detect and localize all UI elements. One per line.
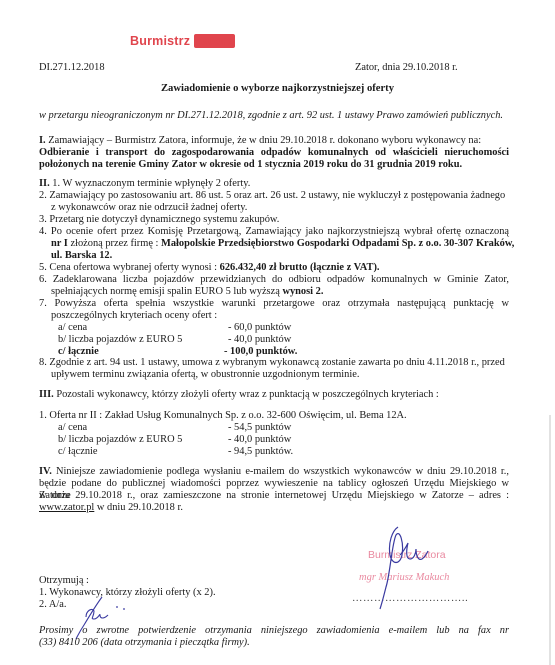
section-3-numeral: III.: [39, 389, 54, 400]
section-2-item-4-line-2: nr I złożoną przez firmę : Małopolskie P…: [51, 238, 514, 250]
winning-company: Małopolskie Przedsiębiorstwo Gospodarki …: [161, 238, 514, 249]
offer-number: nr I: [51, 238, 68, 249]
score-label: a/ cena: [58, 322, 87, 334]
stamp-text-part2: Zatora: [194, 34, 235, 48]
score-value: - 54,5 punktów: [228, 422, 291, 434]
section-2-item-7-line-1: 7. Powyższa oferta spełnia wszystkie war…: [39, 298, 509, 310]
score-value: - 94,5 punktów.: [228, 446, 293, 458]
website-link[interactable]: www.zator.pl: [39, 502, 94, 513]
section-2-item-8-line-2: upływem terminu związania ofertą, w obus…: [51, 369, 359, 381]
section-2-item-4-line-1: 4. Po ocenie ofert przez Komisję Przetar…: [39, 226, 509, 238]
place-and-date: Zator, dnia 29.10.2018 r.: [355, 62, 458, 74]
footer-note-line-1: Prosimy o zwrotne potwierdzenie otrzyman…: [39, 625, 509, 637]
section-2-item-7-line-2: poszczególnych kryteriach oceny ofert :: [51, 310, 217, 322]
score-label: c/ łącznie: [58, 446, 98, 458]
section-1-numeral: I.: [39, 135, 46, 146]
section-2-item-1: II. 1. W wyznaczonym terminie wpłynęły 2…: [39, 178, 250, 190]
recipient-item: 2. A/a.: [39, 599, 66, 611]
section-2-item-3: 3. Przetarg nie dotyczył dynamicznego sy…: [39, 214, 279, 226]
vehicles-count: wynosi 2.: [282, 286, 323, 297]
document-page: Burmistrz Zatora DI.271.12.2018 Zator, d…: [0, 0, 555, 665]
price-label: 5. Cena ofertowa wybranej oferty wynosi …: [39, 262, 220, 273]
stamp-text-part1: Burmistrz: [130, 34, 194, 48]
score-value: - 60,0 punktów: [228, 322, 291, 334]
section-4-line-1: IV. Niniejsze zawiadomienie podlega wysł…: [39, 466, 509, 478]
score-value: - 40,0 punktów: [228, 334, 291, 346]
section-3-intro: III. Pozostali wykonawcy, którzy złożyli…: [39, 389, 439, 401]
section-4-numeral: IV.: [39, 466, 52, 477]
section-2-item-5: 5. Cena ofertowa wybranej oferty wynosi …: [39, 262, 380, 274]
section-1-intro: I. Zamawiający – Burmistrz Zatora, infor…: [39, 135, 481, 147]
section-1-subject-line-1: Odbieranie i transport do zagospodarowan…: [39, 147, 509, 159]
header-stamp: Burmistrz Zatora: [130, 35, 235, 47]
document-subtitle: w przetargu nieograniczonym nr DI.271.12…: [39, 110, 503, 122]
recipients-heading: Otrzymują :: [39, 575, 89, 587]
other-offer-line: 1. Oferta nr II : Zakład Usług Komunalny…: [39, 410, 407, 422]
score-label: a/ cena: [58, 422, 87, 434]
footer-note-line-2: (33) 8410 206 (data otrzymania i piecząt…: [39, 637, 250, 649]
section-1-subject-line-2: położonych na terenie Gminy Zator w okre…: [39, 159, 462, 171]
section-2-item-6-line-2: spełniających normę emisji spalin EURO 5…: [51, 286, 323, 298]
mayor-signature-icon: [370, 525, 430, 610]
section-4-line-1-text: Niniejsze zawiadomienie podlega wysłaniu…: [52, 466, 509, 477]
score-label: b/ liczba pojazdów z EURO 5: [58, 434, 182, 446]
section-4-line-4-rest: w dniu 29.10.2018 r.: [94, 502, 183, 513]
section-1-intro-text: Zamawiający – Burmistrz Zatora, informuj…: [46, 135, 481, 146]
section-2-item-2-line-2: z wykonawców oraz nie odrzucił żadnej of…: [51, 202, 247, 214]
reference-number: DI.271.12.2018: [39, 62, 105, 74]
scan-edge-line: [549, 415, 551, 665]
section-4-line-4: www.zator.pl w dniu 29.10.2018 r.: [39, 502, 183, 514]
score-value: - 40,0 punktów: [228, 434, 291, 446]
section-2-item-1-text: 1. W wyznaczonym terminie wpłynęły 2 ofe…: [50, 178, 251, 189]
section-2-numeral: II.: [39, 178, 50, 189]
section-2-item-6-line-1: 6. Zadeklarowana liczba pojazdów przewid…: [39, 274, 509, 286]
document-title: Zawiadomienie o wyborze najkorzystniejsz…: [0, 83, 555, 95]
section-3-intro-text: Pozostali wykonawcy, którzy złożyli ofer…: [54, 389, 439, 400]
section-2-item-8-line-1: 8. Zgodnie z art. 94 ust. 1 ustawy, umow…: [39, 357, 505, 369]
section-2-item-2-line-1: 2. Zamawiający po zastosowaniu art. 86 u…: [39, 190, 505, 202]
section-4-line-3: w dniu 29.10.2018 r., oraz zamieszczone …: [39, 490, 509, 502]
offer-price: 626.432,40 zł brutto (łącznie z VAT).: [220, 262, 380, 273]
score-label: b/ liczba pojazdów z EURO 5: [58, 334, 182, 346]
vehicles-text: spełniających normę emisji spalin EURO 5…: [51, 286, 282, 297]
winning-company-address: ul. Barska 12.: [51, 250, 112, 262]
offer-text: złożoną przez firmę :: [68, 238, 161, 249]
